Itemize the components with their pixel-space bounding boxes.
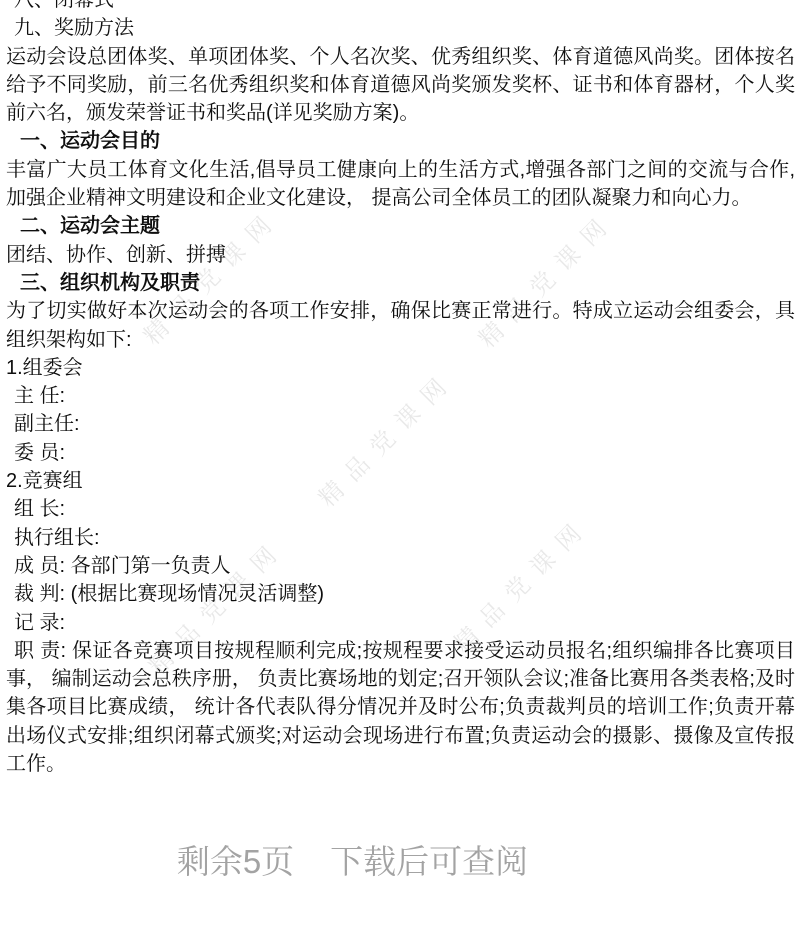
doc-line: 前六名，颁发荣誉证书和奖品(详见奖励方案)。 (0, 99, 800, 127)
doc-line: 运动会设总团体奖、单项团体奖、个人名次奖、优秀组织奖、体育道德风尚奖。团体按名次 (0, 43, 800, 71)
doc-line: 为了切实做好本次运动会的各项工作安排，确保比赛正常进行。特成立运动会组委会，具体 (0, 297, 800, 325)
doc-line-section-9: 九、奖励方法 (0, 14, 800, 42)
doc-line-deputy-director: 副主任: (0, 410, 800, 438)
doc-line: 给予不同奖励，前三名优秀组织奖和体育道德风尚奖颁发奖杯、证书和体育器材，个人奖励 (0, 71, 800, 99)
doc-line-recorder: 记 录: (0, 609, 800, 637)
doc-line: 出场仪式安排;组织闭幕式颁奖;对运动会现场进行布置;负责运动会的摄影、摄像及宣传… (0, 722, 800, 750)
pages-remaining-note: 剩余5页 (177, 843, 294, 880)
doc-line: 工作。 (0, 750, 800, 778)
doc-line-group-leader: 组 长: (0, 495, 800, 523)
doc-line: 集各项目比赛成绩， 统计各代表队得分情况并及时公布;负责裁判员的培训工作;负责开… (0, 693, 800, 721)
doc-line-director: 主 任: (0, 382, 800, 410)
doc-line: 加强企业精神文明建设和企业文化建设， 提高公司全体员工的团队凝聚力和向心力。 (0, 184, 800, 212)
download-hint: 下载后可查阅 (330, 843, 528, 880)
doc-line: 丰富广大员工体育文化生活,倡导员工健康向上的生活方式,增强各部门之间的交流与合作… (0, 156, 800, 184)
document-body: 八、闭幕式 九、奖励方法 运动会设总团体奖、单项团体奖、个人名次奖、优秀组织奖、… (0, 0, 800, 778)
doc-heading-purpose: 一、运动会目的 (0, 127, 800, 155)
doc-heading-organization: 三、组织机构及职责 (0, 269, 800, 297)
doc-line: 事， 编制运动会总秩序册， 负责比赛场地的划定;召开领队会议;准备比赛用各类表格… (0, 665, 800, 693)
doc-line-competition-group: 2.竞赛组 (0, 467, 800, 495)
document-page: 精品党课网 精品党课网 精品党课网 精品党课网 精品党课网 八、闭幕式 九、奖励… (0, 0, 800, 930)
doc-heading-theme: 二、运动会主题 (0, 212, 800, 240)
doc-line-committee: 1.组委会 (0, 354, 800, 382)
doc-line-members: 委 员: (0, 439, 800, 467)
doc-line: 团结、协作、创新、拼搏 (0, 241, 800, 269)
doc-line-referee: 裁 判: (根据比赛现场情况灵活调整) (0, 580, 800, 608)
doc-line-exec-leader: 执行组长: (0, 524, 800, 552)
doc-line-group-members: 成 员: 各部门第一负责人 (0, 552, 800, 580)
preview-footer: 剩余5页下载后可查阅 (0, 836, 705, 883)
doc-line: 组织架构如下: (0, 326, 800, 354)
doc-line-duties: 职 责: 保证各竞赛项目按规程顺利完成;按规程要求接受运动员报名;组织编排各比赛… (0, 637, 800, 665)
doc-line-clipped-heading: 八、闭幕式 (0, 0, 800, 14)
